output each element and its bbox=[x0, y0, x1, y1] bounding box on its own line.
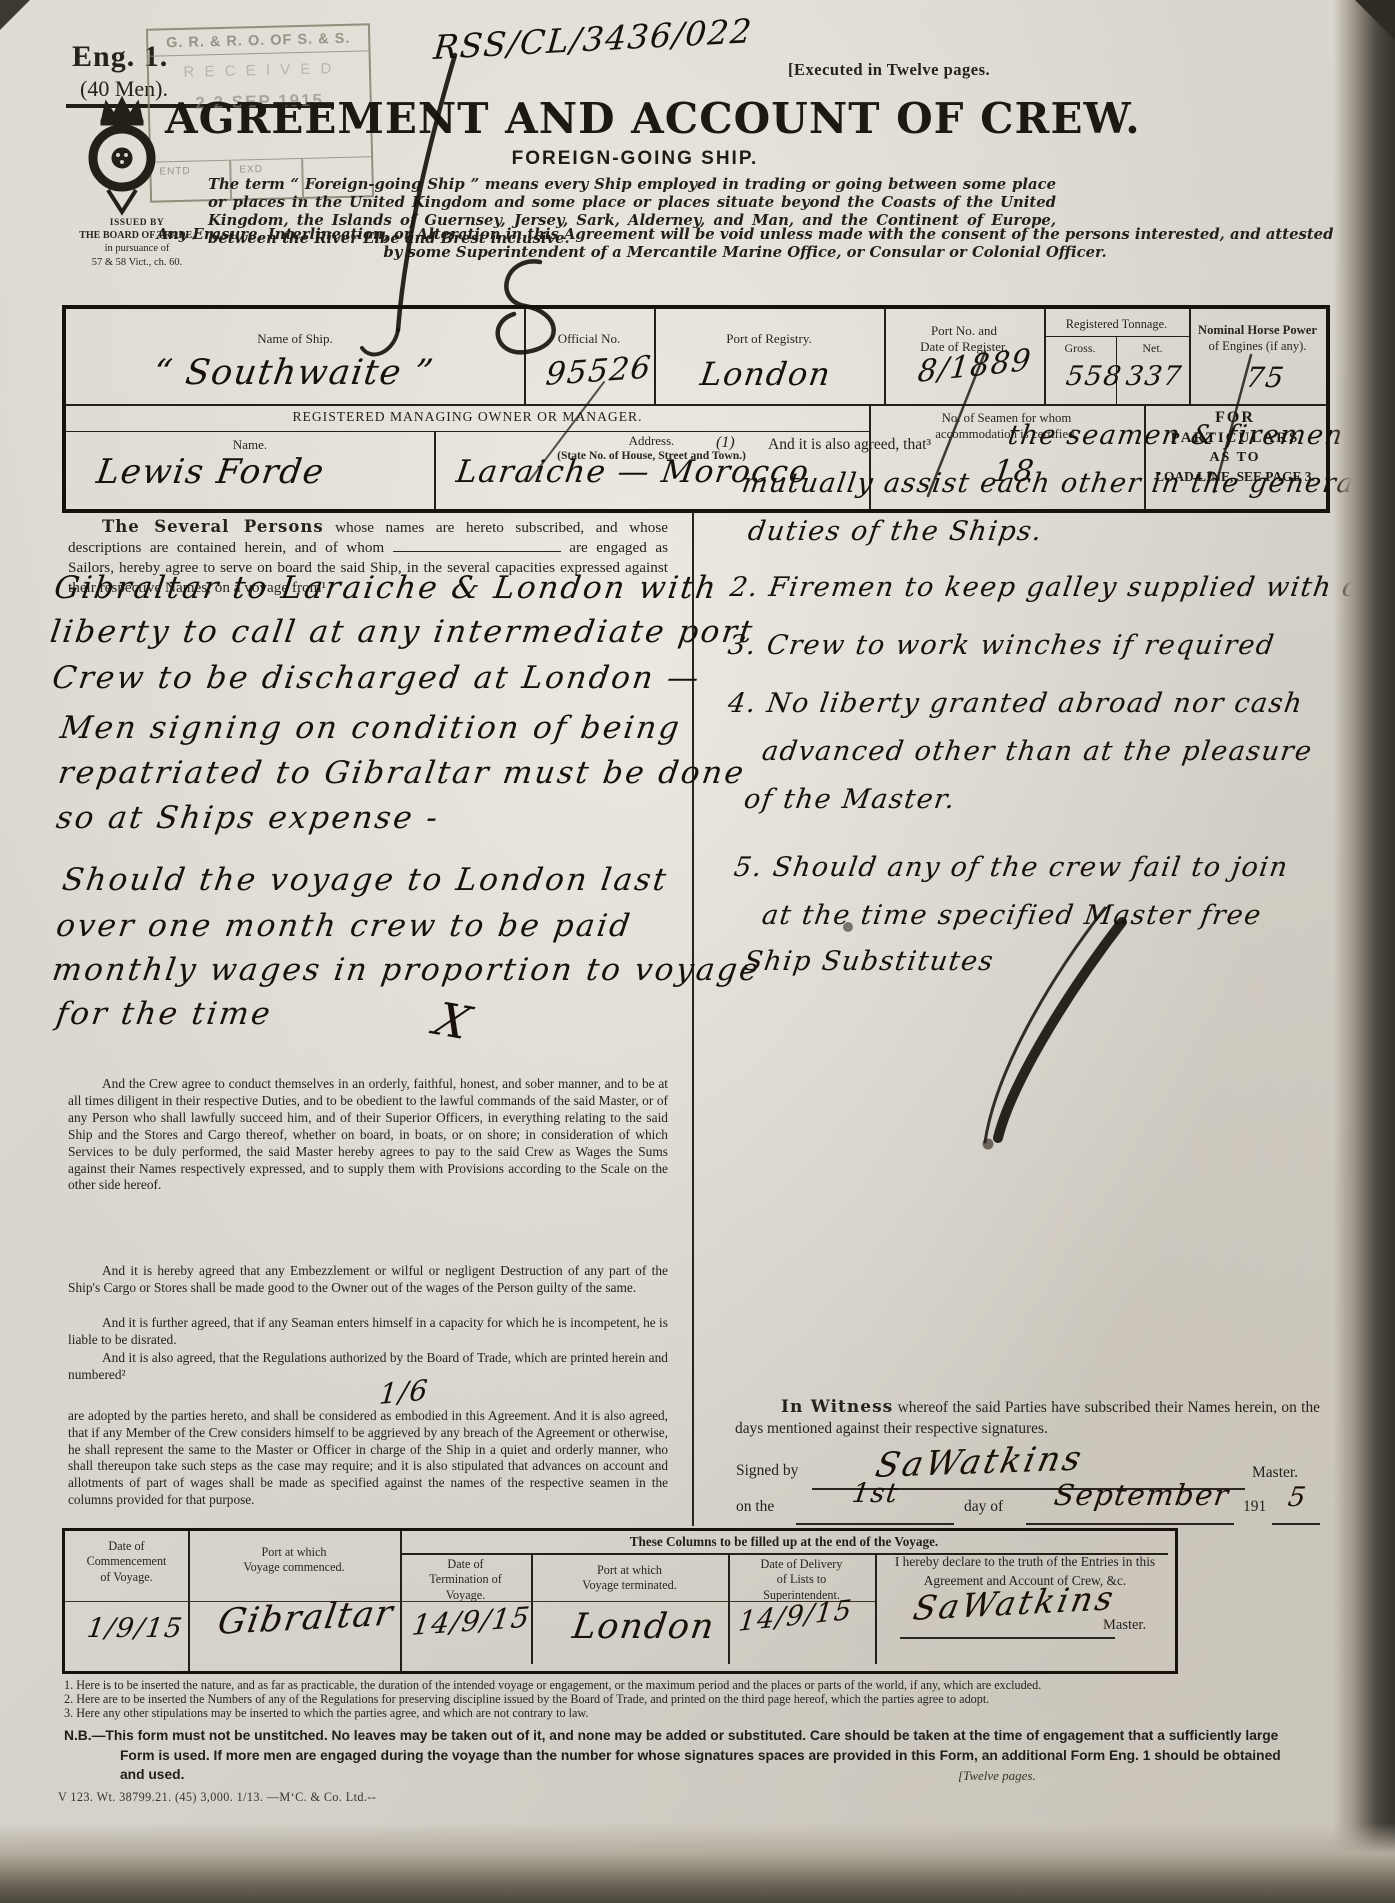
year-line bbox=[1272, 1523, 1320, 1525]
day-line bbox=[796, 1523, 954, 1525]
clause-one-printed: And it is also agreed, that³ bbox=[768, 436, 931, 454]
ship-name-value: “ Southwaite ” bbox=[151, 353, 437, 393]
official-no-value: 95526 bbox=[544, 349, 654, 393]
voyage-line: Men signing on condition of being bbox=[58, 710, 684, 746]
stamp-office: G. R. & R. O. OF S. & S. bbox=[148, 25, 369, 56]
commencement-date-value: 1/9/15 bbox=[85, 1613, 185, 1644]
clause-line: 4. No liberty granted abroad nor cash bbox=[726, 688, 1305, 719]
scan-bottom-edge bbox=[0, 1823, 1395, 1903]
para-adopted: are adopted by the parties hereto, and s… bbox=[68, 1408, 668, 1509]
col-name-of-ship: Name of Ship. bbox=[66, 331, 524, 347]
col-registered-tonnage: Registered Tonnage. bbox=[1044, 317, 1189, 333]
col-termination-date: Date ofTermination ofVoyage. bbox=[400, 1557, 531, 1603]
port-commenced-value: Gibraltar bbox=[215, 1593, 397, 1643]
archive-reference: RSS/CL/3436/022 bbox=[432, 11, 754, 67]
voyage-summary-table: These Columns to be filled up at the end… bbox=[62, 1528, 1178, 1674]
col-gross: Gross. bbox=[1044, 341, 1116, 356]
footnote-1: 1. Here is to be inserted the nature, an… bbox=[64, 1678, 1041, 1693]
master-signature: SaWatkins bbox=[872, 1438, 1088, 1486]
voyage-line: Should the voyage to London last bbox=[60, 862, 671, 898]
year-printed: 191 bbox=[1243, 1498, 1266, 1516]
gross-tonnage-value: 558 bbox=[1064, 361, 1124, 392]
scan-corner-top-right bbox=[1355, 0, 1395, 40]
master-label: Master. bbox=[1252, 1464, 1298, 1482]
col-port-terminated: Port at whichVoyage terminated. bbox=[531, 1563, 728, 1594]
opening-lead: The Several Persons bbox=[102, 517, 324, 536]
stamp-received-label: R E C E I V E D bbox=[149, 59, 369, 81]
clause-line: duties of the Ships. bbox=[746, 516, 1045, 547]
clause-line: mutually assist each other in the genera… bbox=[740, 468, 1367, 499]
voyage-line: monthly wages in proportion to voyage bbox=[50, 952, 763, 988]
scan-corner-top-left bbox=[0, 0, 30, 30]
owner-name-header: Name. bbox=[66, 437, 434, 453]
month-line bbox=[1026, 1523, 1234, 1525]
on-the-label: on the bbox=[736, 1498, 774, 1516]
year-written-value: 5 bbox=[1286, 1482, 1309, 1513]
voyage-line: so at Ships expense - bbox=[54, 800, 442, 836]
crew-agreement-document: Eng. 1. (40 Men). G. R. & R. O. OF S. & … bbox=[0, 0, 1395, 1903]
end-of-voyage-banner: These Columns to be filled up at the end… bbox=[400, 1534, 1168, 1550]
clause-line: at the time specified Master free bbox=[760, 900, 1264, 931]
col-port-of-registry: Port of Registry. bbox=[654, 331, 884, 347]
printer-imprint: V 123. Wt. 38799.21. (45) 3,000. 1/13. —… bbox=[58, 1790, 376, 1805]
clause-line: 2. Firemen to keep galley supplied with … bbox=[728, 572, 1395, 603]
day-value: 1st bbox=[850, 1478, 901, 1509]
erasure-note: Any Erasure, Interlineation, or Alterati… bbox=[150, 226, 1340, 263]
voyage-line: for the time bbox=[54, 996, 275, 1032]
para-disrated: And it is further agreed, that if any Se… bbox=[68, 1315, 668, 1349]
signed-by-label: Signed by bbox=[736, 1462, 798, 1480]
voyage-line: Gibraltar to Laraiche & London with bbox=[52, 570, 721, 606]
voyage-line: over one month crew to be paid bbox=[54, 908, 634, 944]
twelve-pages-note: [Twelve pages. bbox=[958, 1768, 1036, 1784]
witness-lead: In Witness bbox=[781, 1397, 893, 1417]
net-tonnage-value: 337 bbox=[1124, 361, 1184, 392]
executed-note: [Executed in Twelve pages. bbox=[788, 60, 990, 80]
para-crew-conduct: And the Crew agree to conduct themselves… bbox=[68, 1076, 668, 1194]
port-terminated-value: London bbox=[570, 1607, 717, 1647]
para-embezzlement: And it is hereby agreed that any Embezzl… bbox=[68, 1263, 668, 1297]
col-port-commenced: Port at whichVoyage commenced. bbox=[188, 1545, 400, 1576]
nb-label: N.B.— bbox=[64, 1728, 105, 1743]
footnote-3: 3. Here any other stipulations may be in… bbox=[64, 1706, 588, 1721]
clause-line: advanced other than at the pleasure bbox=[760, 736, 1315, 767]
col-nominal-horse-power: Nominal Horse Powerof Engines (if any). bbox=[1189, 323, 1326, 354]
col-commencement-date: Date ofCommencementof Voyage. bbox=[65, 1539, 188, 1585]
clause-line: 5. Should any of the crew fail to join bbox=[732, 852, 1291, 883]
witness-paragraph: In Witness whereof the said Parties have… bbox=[735, 1396, 1320, 1440]
footnote-2: 2. Here are to be inserted the Numbers o… bbox=[64, 1692, 989, 1707]
clause-line: 3. Crew to work winches if required bbox=[726, 630, 1277, 661]
port-of-registry-value: London bbox=[698, 355, 834, 393]
board-of-trade-crest-icon bbox=[84, 94, 160, 216]
voyage-line: Crew to be discharged at London — bbox=[50, 660, 703, 696]
day-of-label: day of bbox=[964, 1498, 1003, 1516]
col-official-no: Official No. bbox=[524, 331, 654, 347]
clause-line: of the Master. bbox=[742, 784, 958, 815]
scan-right-edge bbox=[1333, 0, 1395, 1903]
clause-line: Ship Substitutes bbox=[742, 946, 996, 977]
horse-power-value: 75 bbox=[1244, 361, 1287, 394]
termination-date-value: 14/9/15 bbox=[410, 1600, 533, 1642]
declaration-master-label: Master. bbox=[1103, 1617, 1146, 1634]
page-title: AGREEMENT AND ACCOUNT OF CREW. bbox=[165, 94, 1105, 143]
owner-section-title: REGISTERED MANAGING OWNER OR MANAGER. bbox=[66, 409, 869, 425]
month-value: September bbox=[1052, 1478, 1232, 1512]
voyage-line: repatriated to Gibraltar must be done bbox=[56, 755, 748, 791]
nb-note: N.B.—This form must not be unstitched. N… bbox=[64, 1726, 1288, 1785]
para-regulations: And it is also agreed, that the Regulati… bbox=[68, 1350, 668, 1384]
owner-name-value: Lewis Forde bbox=[94, 452, 327, 492]
of-whom-blank bbox=[393, 538, 561, 552]
voyage-line: liberty to call at any intermediate port bbox=[48, 614, 757, 650]
x-mark: X bbox=[428, 992, 479, 1050]
declaration-signature-line bbox=[900, 1637, 1115, 1639]
col-net: Net. bbox=[1116, 341, 1189, 356]
page-subtitle: FOREIGN-GOING SHIP. bbox=[165, 148, 1105, 170]
clause-one-prefix: (1) bbox=[716, 434, 735, 452]
regulations-numbers-value: 1/6 bbox=[378, 1373, 430, 1411]
